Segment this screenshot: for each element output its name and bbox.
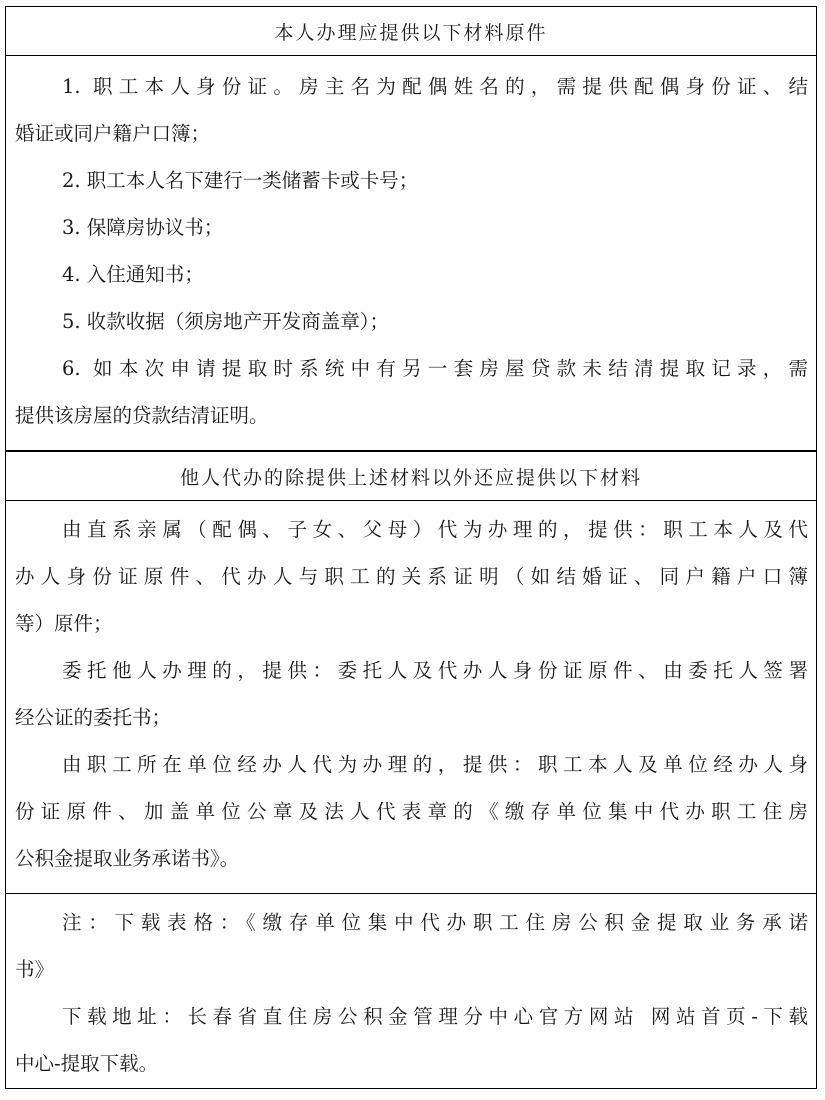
paragraph-line: 由直系亲属（配偶、子女、父母）代为办理的，提供：职工本人及代: [15, 515, 808, 545]
list-item: 6. 如本次申请提取时系统中有另一套房屋贷款未结清提取记录，需: [15, 354, 808, 384]
list-item-continuation: 婚证或同户籍户口簿；: [15, 119, 808, 149]
section1-heading-text: 本人办理应提供以下材料原件: [274, 18, 547, 45]
notes-section: 注：下载表格：《缴存单位集中代办职工住房公积金提取业务承诺 书》 下载地址：长春…: [6, 893, 816, 1088]
note-download-form: 注：下载表格：《缴存单位集中代办职工住房公积金提取业务承诺: [15, 908, 808, 938]
section1-heading: 本人办理应提供以下材料原件: [6, 7, 816, 55]
list-item: 3. 保障房协议书；: [15, 213, 808, 243]
section2-heading: 他人代办的除提供上述材料以外还应提供以下材料: [6, 450, 816, 500]
list-item: 5. 收款收据（须房地产开发商盖章）；: [15, 307, 808, 337]
list-item-continuation: 提供该房屋的贷款结清证明。: [15, 401, 808, 431]
paragraph-line: 委托他人办理的，提供：委托人及代办人身份证原件、由委托人签署: [15, 656, 808, 686]
paragraph-line: 由职工所在单位经办人代为办理的，提供：职工本人及单位经办人身: [15, 750, 808, 780]
paragraph-line: 办人身份证原件、代办人与职工的关系证明（如结婚证、同户籍户口簿: [15, 562, 808, 592]
paragraph-line: 公积金提取业务承诺书》。: [15, 844, 808, 874]
note-download-form-continuation: 书》: [15, 955, 808, 985]
paragraph-line: 等）原件；: [15, 609, 808, 639]
list-item: 2. 职工本人名下建行一类储蓄卡或卡号；: [15, 166, 808, 196]
requirements-table: 本人办理应提供以下材料原件 1. 职工本人身份证。房主名为配偶姓名的，需提供配偶…: [5, 6, 817, 1089]
note-download-address-continuation: 中心-提取下载。: [15, 1049, 808, 1079]
paragraph-line: 份证原件、加盖单位公章及法人代表章的《缴存单位集中代办职工住房: [15, 797, 808, 827]
section1-body: 1. 职工本人身份证。房主名为配偶姓名的，需提供配偶身份证、结 婚证或同户籍户口…: [6, 55, 816, 450]
list-item: 4. 入住通知书；: [15, 260, 808, 290]
list-item: 1. 职工本人身份证。房主名为配偶姓名的，需提供配偶身份证、结: [15, 72, 808, 102]
section2-heading-text: 他人代办的除提供上述材料以外还应提供以下材料: [180, 463, 642, 490]
section2-body: 由直系亲属（配偶、子女、父母）代为办理的，提供：职工本人及代 办人身份证原件、代…: [6, 500, 816, 893]
note-download-address: 下载地址：长春省直住房公积金管理分中心官方网站 网站首页-下载: [15, 1002, 808, 1032]
paragraph-line: 经公证的委托书；: [15, 703, 808, 733]
